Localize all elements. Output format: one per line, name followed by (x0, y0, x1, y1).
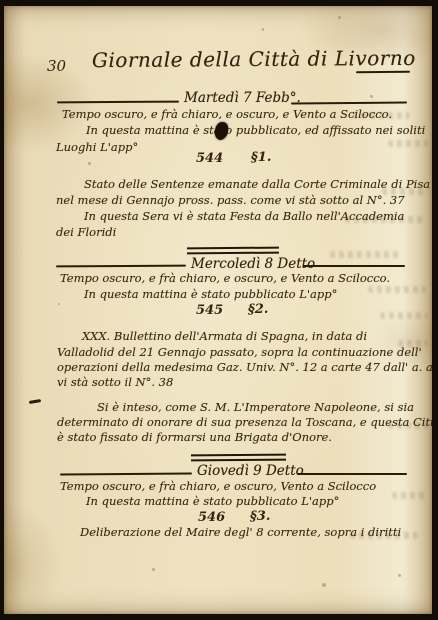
text-line: operazioni della medesima Gaz. Univ. N°.… (57, 362, 438, 374)
text-line: Tempo oscuro, e frà chiaro, e oscuro, e … (62, 109, 392, 121)
paragraph-mark: §2. (248, 302, 268, 317)
text-line: In questa mattina è stato pubblicato L'a… (86, 496, 339, 508)
scan-edge-left (0, 0, 4, 620)
text-line: Tempo oscuro, e frà chiaro, e oscuro, Ve… (60, 481, 376, 493)
text-line: Deliberazione del Maire degl' 8 corrente… (80, 527, 401, 539)
text-line: Tempo oscuro, e frà chiaro, e oscuro, e … (60, 273, 390, 285)
page-number: 30 (47, 57, 66, 75)
text-line: In questa mattina è stato pubblicato, ed… (86, 125, 425, 137)
margin-mark (29, 399, 41, 404)
header-rule-left (60, 473, 192, 476)
header-rule-right (303, 265, 405, 267)
text-line: nel mese di Gennajo pross. pass. come vi… (56, 195, 405, 207)
paragraph-mark: §1. (251, 150, 271, 165)
scan-edge-bottom (0, 614, 438, 620)
scan-edge-right (432, 0, 438, 620)
section-header-martedi-7: Martedì 7 Febb°. (184, 90, 301, 106)
register-number: 544 (196, 151, 223, 166)
page-title: Giornale della Città di Livorno (92, 46, 416, 72)
register-number: 546 (198, 510, 225, 525)
header-rule-right (291, 101, 407, 104)
page-content: 30 Giornale della Città di Livorno Marte… (0, 0, 438, 620)
text-line: In questa Sera vi è stata Festa da Ballo… (84, 211, 404, 223)
title-rule (356, 71, 410, 74)
section-header-giovedi-9: Giovedì 9 Detto (197, 463, 304, 479)
header-rule-right (297, 473, 407, 475)
text-line: XXX. Bullettino dell'Armata di Spagna, i… (82, 331, 367, 343)
section-header-mercoledi-8: Mercoledì 8 Detto (191, 256, 315, 272)
ink-blot (214, 121, 229, 141)
section-divider (191, 454, 286, 462)
header-rule-left (56, 265, 186, 268)
text-line: Stato delle Sentenze emanate dalla Corte… (84, 179, 430, 191)
text-line: determinato di onorare di sua presenza l… (57, 417, 438, 429)
text-line: Luoghi L'app° (56, 142, 138, 154)
paragraph-mark: §3. (250, 509, 270, 524)
manuscript-scan: 30 Giornale della Città di Livorno Marte… (0, 0, 438, 620)
scan-edge-top (0, 0, 438, 6)
text-line: dei Floridi (56, 227, 116, 239)
section-divider (187, 247, 279, 255)
text-line: è stato fissato di formarsi una Brigata … (57, 432, 332, 444)
header-rule-left (57, 101, 179, 104)
text-line: In questa mattina è stato pubblicato L'a… (84, 289, 337, 301)
text-line: Valladolid del 21 Gennajo passato, sopra… (57, 347, 422, 359)
register-number: 545 (196, 303, 223, 318)
text-line: vi stà sotto il N°. 38 (57, 377, 173, 389)
text-line: Si è inteso, come S. M. L'Imperatore Nap… (97, 402, 414, 414)
